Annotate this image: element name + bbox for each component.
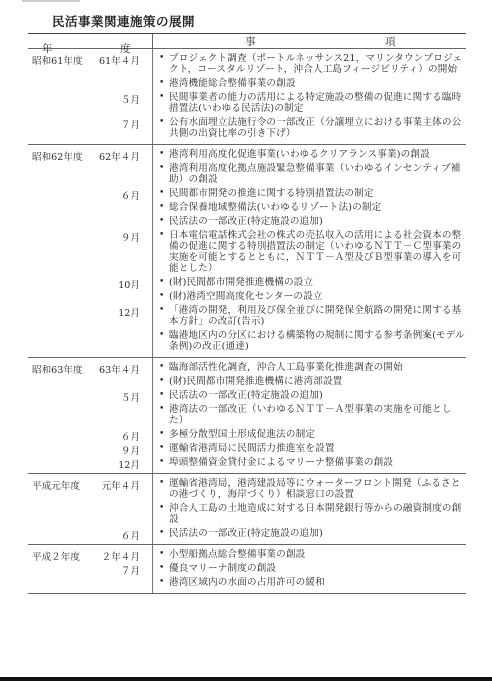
- list-item: 埠頭整備資金貸付金によるマリーナ整備事業の創設: [159, 457, 466, 468]
- list-item: 港湾利用高度化拠点施設緊急整備事業（いわゆるインセンティブ補助）の創設: [159, 163, 466, 185]
- month-label: 63年４月: [99, 362, 140, 376]
- list-item: 民間事業者の能力の活用による特定施設の整備の促進に関する臨時措置法(いわゆる民活…: [159, 92, 466, 114]
- month-label: 元年４月: [102, 478, 140, 492]
- table-header-row: 年 度 事 項: [28, 34, 466, 48]
- table-group-row: 昭和63年度63年４月５月６月９月12月臨海部活性化調査，沖合人工島事業化推進調…: [28, 358, 466, 473]
- table-body: 昭和61年度61年４月５月７月プロジェクト調査（ポートルネッサンス21，マリンタ…: [28, 49, 466, 594]
- fiscal-year-label: 昭和61年度: [32, 53, 83, 67]
- fiscal-year-label: 昭和62年度: [32, 149, 83, 163]
- year-cell: 平成２年度２年４月７月: [28, 545, 152, 593]
- list-item: 港湾区域内の水面の占用許可の緩和: [159, 577, 466, 588]
- month-label: ６月: [121, 188, 140, 202]
- list-item: 運輸省港湾局に民間活力推進室を設置: [159, 443, 466, 454]
- list-item: (財)民間都市開発推進機構の設立: [159, 277, 466, 288]
- month-label: 10月: [118, 277, 140, 291]
- list-item: 「港湾の開発，利用及び保全並びに開発保全航路の開発に関する基本方針」の改訂(告示…: [159, 305, 466, 327]
- month-label: ７月: [121, 117, 140, 131]
- list-item: 総合保養地域整備法(いわゆるリゾート法)の制定: [159, 202, 466, 213]
- list-item: (財)民間都市開発推進機構に港湾部設置: [159, 376, 466, 387]
- header-item-left: 事: [245, 34, 256, 49]
- month-label: 62年４月: [99, 149, 140, 163]
- scan-artifact-mark: [22, 0, 80, 2]
- month-label: 12月: [118, 305, 140, 319]
- list-item: 沖合人工島の土地造成に対する日本開発銀行等からの融資制度の創設: [159, 503, 466, 525]
- list-item: 民活法の一部改正(特定施設の追加): [159, 528, 466, 539]
- month-label: ６月: [121, 528, 140, 542]
- items-cell: プロジェクト調査（ポートルネッサンス21，マリンタウンプロジェクト，コースタルリ…: [152, 49, 466, 144]
- list-item: 公有水面埋立法施行令の一部改正（分譲埋立における事業主体の公共側の出資比率の引き…: [159, 117, 466, 139]
- list-item: 民活法の一部改正(特定施設の追加): [159, 390, 466, 401]
- fiscal-year-label: 平成元年度: [32, 478, 80, 492]
- page-title: 民活事業関連施策の展開: [52, 12, 195, 30]
- header-item-cell: 事 項: [152, 34, 466, 48]
- table-group-row: 昭和61年度61年４月５月７月プロジェクト調査（ポートルネッサンス21，マリンタ…: [28, 49, 466, 144]
- list-item: 優良マリーナ制度の創設: [159, 563, 466, 574]
- month-label: ９月: [121, 230, 140, 244]
- list-item: 港湾利用高度化促進事業(いわゆるクリアランス事業)の創設: [159, 149, 466, 160]
- table-bottom-rule: [28, 593, 466, 594]
- year-cell: 昭和61年度61年４月５月７月: [28, 49, 152, 144]
- items-cell: 小型船拠点総合整備事業の創設優良マリーナ制度の創設港湾区域内の水面の占用許可の緩…: [152, 545, 466, 593]
- table-group-row: 平成元年度元年４月６月運輸省港湾局，港湾建設局等にウォーターフロント開発（ふるさ…: [28, 474, 466, 544]
- items-cell: 臨海部活性化調査，沖合人工島事業化推進調査の開始(財)民間都市開発推進機構に港湾…: [152, 358, 466, 473]
- month-label: ５月: [121, 92, 140, 106]
- list-item: 運輸省港湾局，港湾建設局等にウォーターフロント開発（ふるさとの港づくり，海岸づく…: [159, 478, 466, 500]
- table-group-row: 昭和62年度62年４月６月９月10月12月港湾利用高度化促進事業(いわゆるクリア…: [28, 145, 466, 357]
- year-cell: 昭和63年度63年４月５月６月９月12月: [28, 358, 152, 473]
- month-label: ２年４月: [102, 549, 140, 563]
- list-item: 多極分散型国土形成促進法の制定: [159, 429, 466, 440]
- fiscal-year-label: 昭和63年度: [32, 362, 83, 376]
- month-label: 61年４月: [99, 53, 140, 67]
- year-cell: 昭和62年度62年４月６月９月10月12月: [28, 145, 152, 357]
- month-label: ９月: [121, 443, 140, 457]
- page-edge-bar: [0, 677, 492, 681]
- list-item: 港湾法の一部改正（いわゆるＮＴＴ－Ａ型事業の実施を可能とした）: [159, 404, 466, 426]
- list-item: 民活法の一部改正(特定施設の追加): [159, 216, 466, 227]
- list-item: 民間都市開発の推進に関する特別措置法の制定: [159, 188, 466, 199]
- month-label: ７月: [121, 563, 140, 577]
- year-cell: 平成元年度元年４月６月: [28, 474, 152, 544]
- items-cell: 運輸省港湾局，港湾建設局等にウォーターフロント開発（ふるさとの港づくり，海岸づく…: [152, 474, 466, 544]
- list-item: 港湾機能総合整備事業の創設: [159, 78, 466, 89]
- list-item: (財)港湾空間高度化センターの設立: [159, 291, 466, 302]
- list-item: 臨海部活性化調査，沖合人工島事業化推進調査の開始: [159, 362, 466, 373]
- header-item-right: 項: [385, 34, 396, 49]
- list-item: プロジェクト調査（ポートルネッサンス21，マリンタウンプロジェクト，コースタルリ…: [159, 53, 466, 75]
- list-item: 日本電信電話株式会社の株式の売払収入の活用による社会資本の整備の促進に関する特別…: [159, 230, 466, 274]
- policy-timeline-table: 年 度 事 項 昭和61年度61年４月５月７月プロジェクト調査（ポートルネッサン…: [28, 33, 466, 594]
- fiscal-year-label: 平成２年度: [32, 549, 80, 563]
- list-item: 小型船拠点総合整備事業の創設: [159, 549, 466, 560]
- month-label: ５月: [121, 390, 140, 404]
- table-group-row: 平成２年度２年４月７月小型船拠点総合整備事業の創設優良マリーナ制度の創設港湾区域…: [28, 545, 466, 593]
- month-label: 12月: [118, 457, 140, 471]
- month-label: ６月: [121, 429, 140, 443]
- items-cell: 港湾利用高度化促進事業(いわゆるクリアランス事業)の創設港湾利用高度化拠点施設緊…: [152, 145, 466, 357]
- list-item: 臨港地区内の分区における構築物の規制に関する参考条例案(モデル条例)の改正(通達…: [159, 330, 466, 352]
